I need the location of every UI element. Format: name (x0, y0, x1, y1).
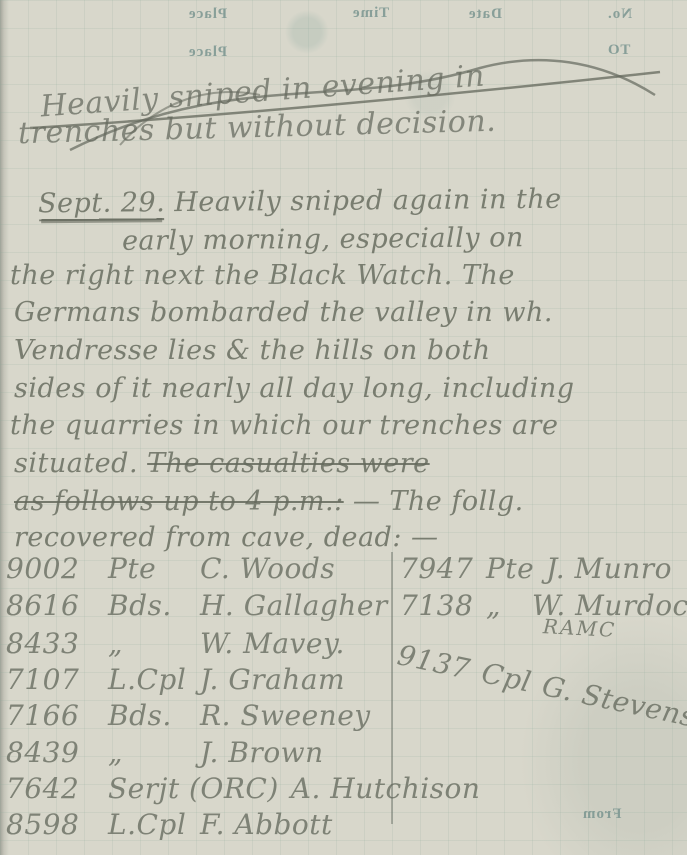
service-number: 9002 (6, 552, 96, 585)
rank: Bds. (108, 589, 188, 622)
soldier-name: F. Abbott (200, 808, 333, 841)
service-number: 7166 (6, 699, 96, 732)
entry-line9-rest: — The follg. (353, 486, 524, 517)
soldier-name: R. Sweeney (200, 699, 371, 732)
rank: Serjt (ORC) (108, 772, 279, 805)
entry-line7: the quarries in which our trenches are (10, 410, 558, 441)
entry-line2: early morning, especially on (122, 222, 524, 257)
entry-line9: as follows up to 4 p.m.: — The follg. (14, 486, 524, 517)
rank: Pte (486, 552, 534, 585)
entry-line8: situated. The casualties were (14, 448, 430, 479)
entry-line8-struck: The casualties were (147, 448, 430, 479)
entry-line10: recovered from cave, dead: — (14, 522, 439, 553)
soldier-name: W. Mavey. (200, 627, 345, 660)
casualty-row: 7947 Pte J. Munro (400, 552, 672, 585)
entry-line5: Vendresse lies & the hills on both (14, 335, 491, 366)
bleedthrough-time-label: Time (352, 5, 389, 22)
casualty-row: 7107 L.Cpl J. Graham (6, 663, 345, 696)
entry-line3: the right next the Black Watch. The (10, 260, 515, 291)
ditto-mark: „ (486, 589, 520, 622)
entry-line8-start: situated. (14, 448, 138, 479)
casualty-row: 7642 Serjt (ORC) A. Hutchison (6, 772, 480, 805)
entry-line6: sides of it nearly all day long, includi… (14, 373, 575, 404)
bleedthrough-to-label: TO (607, 42, 630, 59)
service-number: 8616 (6, 589, 96, 622)
service-number: 8439 (6, 736, 96, 769)
casualty-row: 8598 L.Cpl F. Abbott (6, 808, 333, 841)
ditto-mark: „ (108, 627, 188, 660)
soldier-name: H. Gallagher (200, 589, 388, 622)
service-number: 7107 (6, 663, 96, 696)
soldier-name: A. Hutchison (291, 772, 481, 805)
rank: Cpl (479, 656, 535, 699)
soldier-name: J. Munro (546, 552, 672, 585)
entry-line1-text: Heavily sniped again in the (174, 184, 562, 218)
bleedthrough-no-label: No. (607, 6, 632, 23)
service-number: 8433 (6, 627, 96, 660)
bleedthrough-place-label: Place (188, 6, 227, 23)
casualty-row: 8433 „ W. Mavey. (6, 627, 345, 660)
soldier-name: J. Graham (200, 663, 345, 696)
rank: L.Cpl (108, 808, 188, 841)
casualty-row: 9002 Pte C. Woods (6, 552, 335, 585)
entry-line1: Sept. 29. Heavily sniped again in the (38, 184, 562, 220)
soldier-name: G. Stevens (539, 669, 687, 734)
rank: Pte (108, 552, 188, 585)
entry-line4: Germans bombarded the valley in wh. (14, 297, 553, 328)
ditto-mark: „ (108, 736, 188, 769)
rank: L.Cpl (108, 663, 188, 696)
entry-date-heading: Sept. 29. (38, 187, 165, 219)
unit-annotation: RAMC (542, 614, 616, 642)
service-number: 7642 (6, 772, 96, 805)
rank: Bds. (108, 699, 188, 732)
service-number: 7947 (400, 552, 474, 585)
casualty-row: 9137 Cpl G. Stevens (395, 638, 687, 733)
service-number: 7138 (400, 589, 474, 622)
bleedthrough-date-label: Date (468, 6, 502, 23)
casualty-row: 7166 Bds. R. Sweeney (6, 699, 371, 732)
service-number: 8598 (6, 808, 96, 841)
casualty-row: 8439 „ J. Brown (6, 736, 324, 769)
bleedthrough-place2-label: Place (188, 44, 227, 61)
soldier-name: C. Woods (200, 552, 335, 585)
war-diary-page: Place Time Date No. Place TO From Heavil… (0, 0, 687, 855)
casualty-row: 8616 Bds. H. Gallagher (6, 589, 388, 622)
entry-line9-struck: as follows up to 4 p.m.: (14, 486, 344, 517)
service-number: 9137 (395, 638, 474, 686)
soldier-name: J. Brown (200, 736, 324, 769)
column-divider-line (391, 552, 393, 824)
bleedthrough-from-label: From (582, 806, 622, 823)
